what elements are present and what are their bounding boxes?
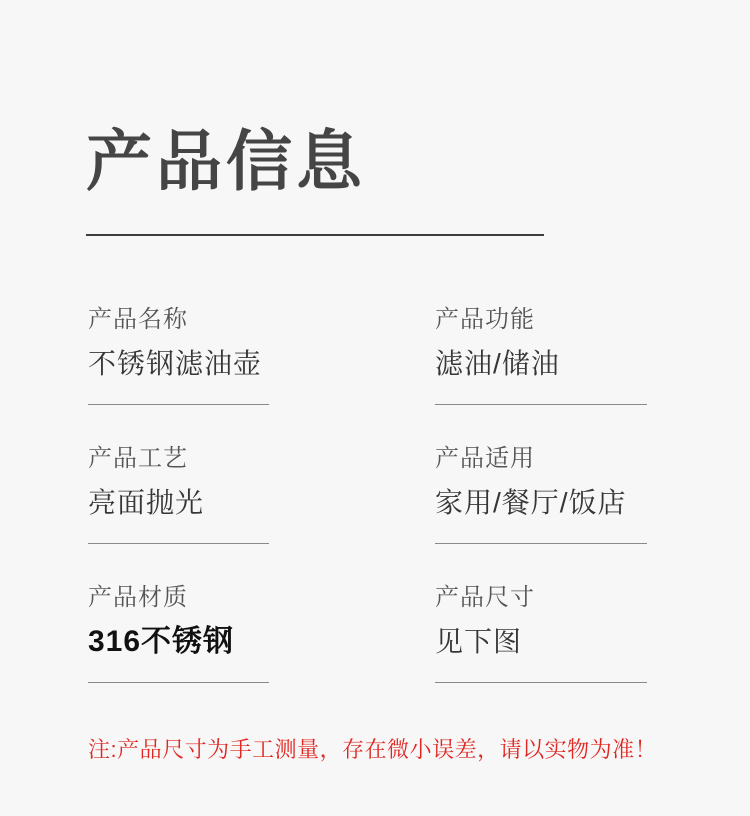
- spec-label: 产品适用: [435, 439, 735, 479]
- product-info-page: 产品信息 产品名称 不锈钢滤油壶 产品功能 滤油/储油 产品工艺 亮面抛光 产品…: [0, 0, 750, 816]
- spec-value: 滤油/储油: [435, 340, 735, 388]
- spec-label: 产品工艺: [88, 439, 388, 479]
- spec-value: 见下图: [435, 618, 735, 666]
- spec-product-material: 产品材质 316不锈钢: [88, 578, 388, 683]
- spec-underline: [435, 404, 647, 405]
- spec-value: 家用/餐厅/饭店: [435, 479, 735, 527]
- spec-underline: [435, 543, 647, 544]
- spec-value: 亮面抛光: [88, 479, 388, 527]
- spec-label: 产品材质: [88, 578, 388, 618]
- spec-value: 不锈钢滤油壶: [88, 340, 388, 388]
- page-title: 产品信息: [86, 122, 366, 201]
- spec-underline: [435, 682, 647, 683]
- spec-product-usage: 产品适用 家用/餐厅/饭店: [435, 439, 735, 544]
- spec-product-function: 产品功能 滤油/储油: [435, 300, 735, 405]
- spec-label: 产品功能: [435, 300, 735, 340]
- spec-label: 产品名称: [88, 300, 388, 340]
- spec-label: 产品尺寸: [435, 578, 735, 618]
- spec-product-craft: 产品工艺 亮面抛光: [88, 439, 388, 544]
- spec-product-size: 产品尺寸 见下图: [435, 578, 735, 683]
- spec-product-name: 产品名称 不锈钢滤油壶: [88, 300, 388, 405]
- spec-value: 316不锈钢: [88, 618, 388, 666]
- spec-underline: [88, 543, 269, 544]
- title-divider: [86, 234, 544, 236]
- measurement-note: 注:产品尺寸为手工测量，存在微小误差，请以实物为准！: [88, 736, 657, 764]
- spec-underline: [88, 682, 269, 683]
- spec-underline: [88, 404, 269, 405]
